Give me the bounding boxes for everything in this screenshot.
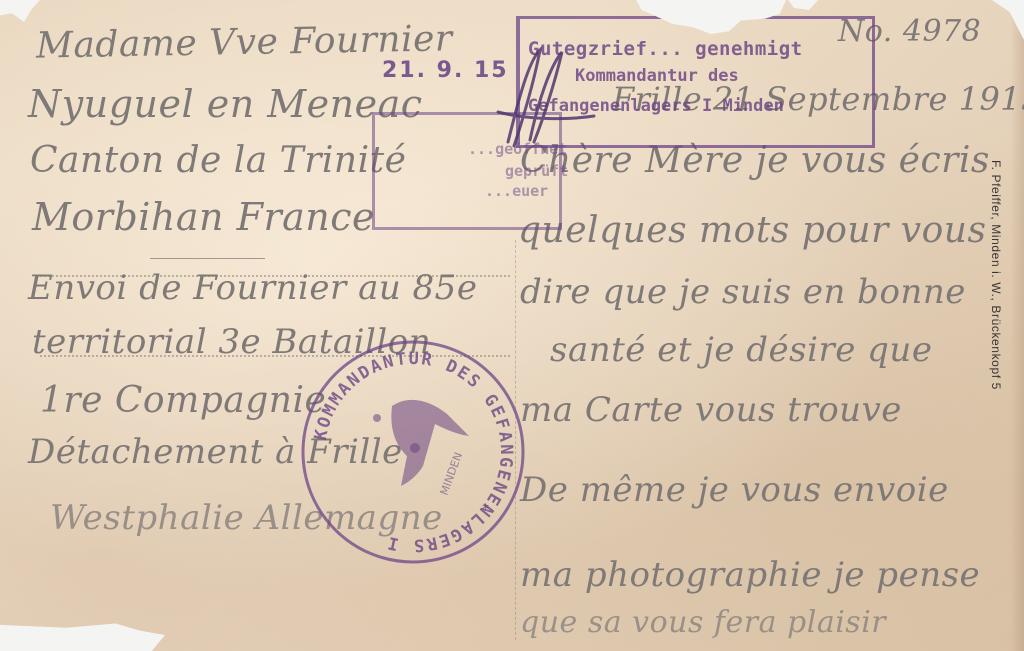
- message-line-6: De même je vous envoie: [520, 470, 949, 510]
- underline-rule: [150, 258, 265, 259]
- message-line-2: quelques mots pour vous: [518, 210, 986, 251]
- torn-edge-top-small: [788, 0, 818, 10]
- faded-stamp-line-3: ...euer: [485, 182, 548, 200]
- message-line-4: santé et je désire que: [550, 330, 932, 370]
- address-line-2: Nyuguel en Meneac: [28, 82, 423, 126]
- faded-stamp-line-2: geprüft: [505, 162, 568, 180]
- printer-imprint: F. Pfeiffer, Minden i. W., Brückenkopf 5: [989, 160, 1003, 390]
- message-line-5: ma Carte vous trouve: [520, 390, 902, 430]
- camp-seal-stamp: KOMMANDANTUR DES GEFANGENENLAGERS I MIND…: [297, 336, 529, 568]
- postcard: No. 4978 Madame Vve Fournier Nyuguel en …: [0, 0, 1024, 651]
- torn-corner-bottom-left: [0, 622, 165, 651]
- address-line-4: Morbihan France: [32, 195, 375, 239]
- censor-stamp-line-2: Kommandantur des: [575, 66, 739, 86]
- svg-text:MINDEN: MINDEN: [438, 451, 465, 497]
- torn-corner-top-left: [0, 0, 40, 22]
- message-line-3: dire que je suis en bonne: [520, 272, 966, 312]
- message-line-7: ma photographie je pense: [520, 555, 980, 595]
- sender-line-3: 1re Compagnie: [40, 380, 326, 421]
- censor-signature: [478, 42, 598, 152]
- sender-line-1: Envoi de Fournier au 85e: [28, 268, 477, 308]
- message-line-8: que sa vous fera plaisir: [520, 605, 886, 640]
- svg-text:*: *: [482, 502, 489, 518]
- address-line-3: Canton de la Trinité: [30, 140, 406, 181]
